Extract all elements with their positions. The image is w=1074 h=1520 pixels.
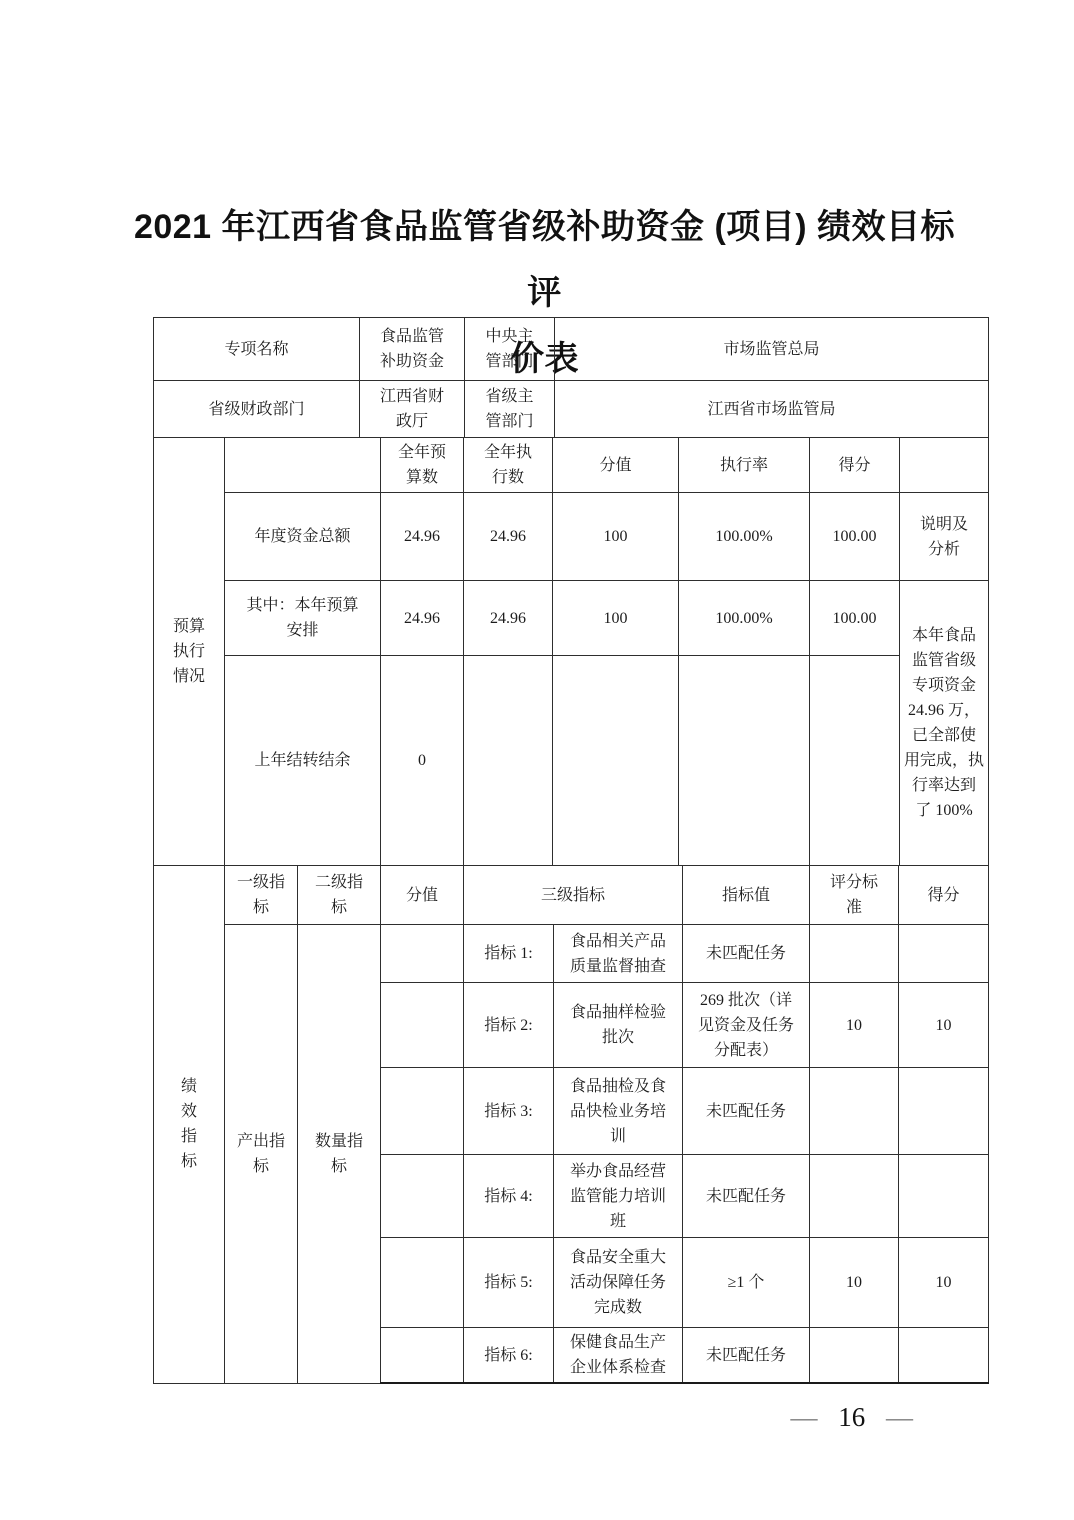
indicator6-standard xyxy=(810,1328,899,1384)
provincial-dept-label: 省级主 管部门 xyxy=(465,381,555,438)
indicator3-no: 指标 3: xyxy=(464,1068,554,1155)
indicator5-standard: 10 xyxy=(810,1238,899,1328)
budget-execution-table: 预算 执行 情况 全年预 算数 全年执 行数 分值 执行率 得分 年度资金总额 … xyxy=(153,437,989,866)
performance-indicators-table: 绩 效 指 标 一级指 标 二级指 标 分值 三级指标 指标值 评分标 准 得分… xyxy=(153,865,989,1384)
table-row: 其中：本年预算 安排 24.96 24.96 100 100.00% 100.0… xyxy=(154,581,989,656)
indicator6-points xyxy=(381,1328,464,1384)
budget-section-label: 预算 执行 情况 xyxy=(154,438,225,866)
indicator5-score: 10 xyxy=(899,1238,989,1328)
indicator3-name: 食品抽检及食 品快检业务培 训 xyxy=(554,1068,683,1155)
page-footer: — 16 — xyxy=(153,1400,913,1434)
total-funds-budget: 24.96 xyxy=(381,493,464,581)
carryover-budget: 0 xyxy=(381,656,464,866)
carryover-rate xyxy=(679,656,810,866)
level2-header: 二级指 标 xyxy=(298,866,381,925)
indicator6-target: 未匹配任务 xyxy=(683,1328,810,1384)
table-row: 年度资金总额 24.96 24.96 100 100.00% 100.00 说明… xyxy=(154,493,989,581)
indicator3-target: 未匹配任务 xyxy=(683,1068,810,1155)
current-year-score: 100.00 xyxy=(810,581,900,656)
table-row: 产出指 标 数量指 标 指标 1: 食品相关产品 质量监督抽查 未匹配任务 xyxy=(154,925,989,983)
quantity-indicator-label: 数量指 标 xyxy=(298,925,381,1384)
provincial-finance-label: 省级财政部门 xyxy=(154,381,360,438)
score-header: 得分 xyxy=(810,438,900,493)
current-year-rate: 100.00% xyxy=(679,581,810,656)
level1-header: 一级指 标 xyxy=(225,866,298,925)
table-row: 绩 效 指 标 一级指 标 二级指 标 分值 三级指标 指标值 评分标 准 得分 xyxy=(154,866,989,925)
indicators-section-label: 绩 效 指 标 xyxy=(154,866,225,1384)
indicator4-points xyxy=(381,1155,464,1238)
budget-row-label-spacer xyxy=(225,438,381,493)
indicator4-no: 指标 4: xyxy=(464,1155,554,1238)
indicator5-points xyxy=(381,1238,464,1328)
project-name-label: 专项名称 xyxy=(154,318,360,381)
level3-header: 三级指标 xyxy=(464,866,683,925)
indicator2-target: 269 批次（详 见资金及任务 分配表） xyxy=(683,983,810,1068)
evaluation-table: 专项名称 食品监管 补助资金 中央主 管部门 市场监管总局 省级财政部门 江西省… xyxy=(153,317,988,1384)
project-info-table: 专项名称 食品监管 补助资金 中央主 管部门 市场监管总局 省级财政部门 江西省… xyxy=(153,317,989,438)
carryover-points xyxy=(553,656,679,866)
table-row: 预算 执行 情况 全年预 算数 全年执 行数 分值 执行率 得分 xyxy=(154,438,989,493)
scoring-standard-header: 评分标 准 xyxy=(810,866,899,925)
total-funds-label: 年度资金总额 xyxy=(225,493,381,581)
table-row: 上年结转结余 0 xyxy=(154,656,989,866)
carryover-executed xyxy=(464,656,553,866)
document-title-line1: 2021 年江西省食品监管省级补助资金 (项目) 绩效目标评 xyxy=(127,194,962,326)
indicator-points-header: 分值 xyxy=(381,866,464,925)
indicator2-name: 食品抽样检验 批次 xyxy=(554,983,683,1068)
footer-dash-left: — xyxy=(791,1402,818,1432)
indicator2-no: 指标 2: xyxy=(464,983,554,1068)
indicator3-score xyxy=(899,1068,989,1155)
current-year-budget: 24.96 xyxy=(381,581,464,656)
note-header-spacer xyxy=(900,438,989,493)
indicator1-no: 指标 1: xyxy=(464,925,554,983)
points-header: 分值 xyxy=(553,438,679,493)
central-dept-value: 市场监管总局 xyxy=(555,318,989,381)
indicator3-points xyxy=(381,1068,464,1155)
document-page: 2021 年江西省食品监管省级补助资金 (项目) 绩效目标评 价表 专项名称 食… xyxy=(0,0,1074,1520)
analysis-note: 本年食品 监管省级 专项资金 24.96 万， 已全部使 用完成，执 行率达到 … xyxy=(900,581,989,866)
current-year-label: 其中：本年预算 安排 xyxy=(225,581,381,656)
total-funds-points: 100 xyxy=(553,493,679,581)
indicator2-score: 10 xyxy=(899,983,989,1068)
indicator4-target: 未匹配任务 xyxy=(683,1155,810,1238)
footer-dash-right: — xyxy=(886,1402,913,1432)
table-row: 省级财政部门 江西省财 政厅 省级主 管部门 江西省市场监管局 xyxy=(154,381,989,438)
project-name-value: 食品监管 补助资金 xyxy=(360,318,465,381)
provincial-dept-value: 江西省市场监管局 xyxy=(555,381,989,438)
indicator1-score xyxy=(899,925,989,983)
provincial-finance-value: 江西省财 政厅 xyxy=(360,381,465,438)
total-funds-executed: 24.96 xyxy=(464,493,553,581)
indicator3-standard xyxy=(810,1068,899,1155)
indicator1-points xyxy=(381,925,464,983)
carryover-score xyxy=(810,656,900,866)
indicator4-score xyxy=(899,1155,989,1238)
total-funds-rate: 100.00% xyxy=(679,493,810,581)
total-funds-score: 100.00 xyxy=(810,493,900,581)
annual-executed-header: 全年执 行数 xyxy=(464,438,553,493)
indicator6-score xyxy=(899,1328,989,1384)
current-year-executed: 24.96 xyxy=(464,581,553,656)
indicator1-target: 未匹配任务 xyxy=(683,925,810,983)
note-header: 说明及 分析 xyxy=(900,493,989,581)
indicator2-standard: 10 xyxy=(810,983,899,1068)
indicator6-no: 指标 6: xyxy=(464,1328,554,1384)
indicator6-name: 保健食品生产 企业体系检查 xyxy=(554,1328,683,1384)
indicator4-standard xyxy=(810,1155,899,1238)
score-col-header: 得分 xyxy=(899,866,989,925)
table-row: 专项名称 食品监管 补助资金 中央主 管部门 市场监管总局 xyxy=(154,318,989,381)
output-indicator-label: 产出指 标 xyxy=(225,925,298,1384)
indicator5-target: ≥1 个 xyxy=(683,1238,810,1328)
annual-budget-header: 全年预 算数 xyxy=(381,438,464,493)
indicator1-standard xyxy=(810,925,899,983)
target-value-header: 指标值 xyxy=(683,866,810,925)
indicator1-name: 食品相关产品 质量监督抽查 xyxy=(554,925,683,983)
page-number: 16 xyxy=(824,1402,879,1432)
central-dept-label: 中央主 管部门 xyxy=(465,318,555,381)
carryover-label: 上年结转结余 xyxy=(225,656,381,866)
indicator2-points xyxy=(381,983,464,1068)
indicator5-name: 食品安全重大 活动保障任务 完成数 xyxy=(554,1238,683,1328)
execution-rate-header: 执行率 xyxy=(679,438,810,493)
indicator4-name: 举办食品经营 监管能力培训 班 xyxy=(554,1155,683,1238)
current-year-points: 100 xyxy=(553,581,679,656)
indicator5-no: 指标 5: xyxy=(464,1238,554,1328)
